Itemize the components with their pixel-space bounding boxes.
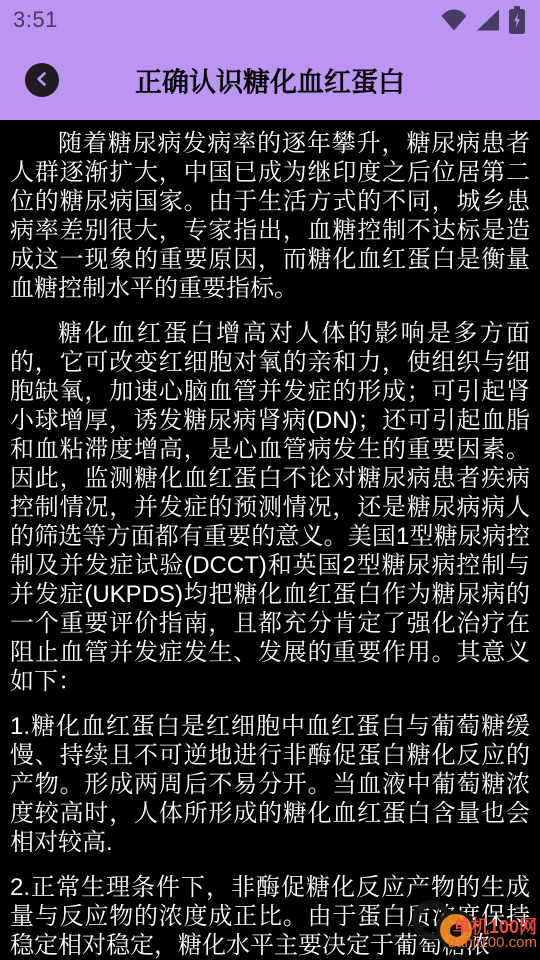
battery-charging-icon bbox=[508, 5, 526, 35]
page-title: 正确认识糖化血红蛋白 bbox=[0, 61, 540, 100]
status-icons bbox=[440, 5, 526, 35]
wifi-icon bbox=[440, 8, 468, 32]
status-bar: 3:51 bbox=[0, 0, 540, 40]
app-screen: 3:51 bbox=[0, 0, 540, 960]
article-paragraph: 随着糖尿病发病率的逐年攀升，糖尿病患者人群逐渐扩大，中国已成为继印度之后位居第二… bbox=[10, 129, 530, 303]
article-paragraph: 糖化血红蛋白增高对人体的影响是多方面的，它可改变红细胞对氧的亲和力，使组织与细胞… bbox=[10, 319, 530, 696]
article-content[interactable]: 随着糖尿病发病率的逐年攀升，糖尿病患者人群逐渐扩大，中国已成为继印度之后位居第二… bbox=[0, 120, 540, 960]
app-header: 正确认识糖化血红蛋白 bbox=[0, 40, 540, 120]
article-paragraph: 1.糖化血红蛋白是红细胞中血红蛋白与葡萄糖缓慢、持续且不可逆地进行非酶促蛋白糖化… bbox=[10, 712, 530, 857]
cellular-signal-icon bbox=[475, 8, 501, 32]
status-time: 3:51 bbox=[13, 7, 58, 33]
article-paragraph: 2.正常生理条件下，非酶促糖化反应产物的生成量与反应物的浓度成正比。由于蛋白质浓… bbox=[10, 873, 530, 960]
